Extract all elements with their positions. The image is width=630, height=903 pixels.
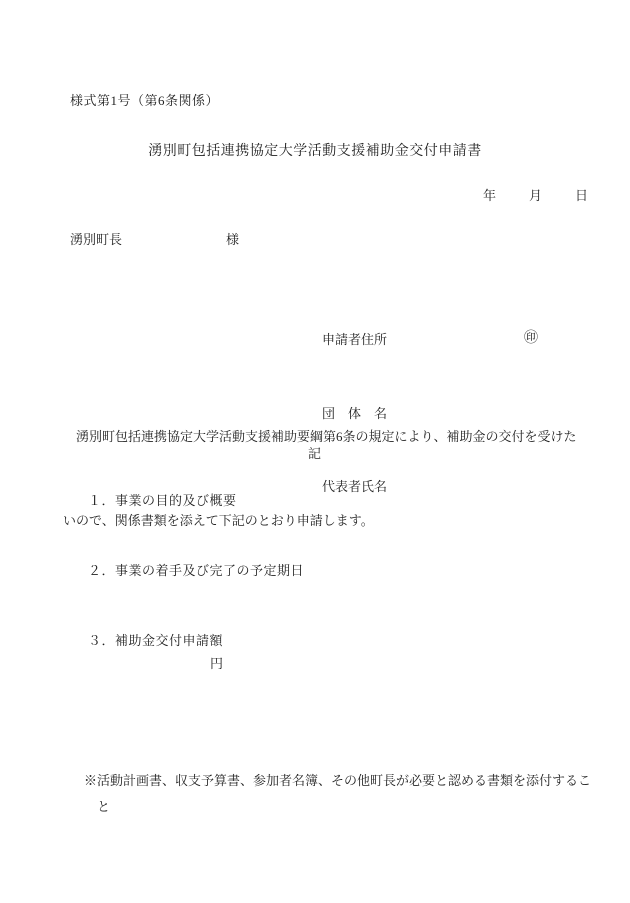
applicant-address-label: 申請者住所: [322, 328, 387, 353]
footnote: ※活動計画書、収支予算書、参加者名簿、その他町長が必要と認める書類を添付するこ …: [84, 768, 604, 820]
notation-ki: 記: [0, 443, 630, 462]
date-line: 年 月 日: [483, 185, 588, 204]
footnote-line: と: [84, 794, 604, 820]
month-label: 月: [529, 185, 542, 204]
body-paragraph: 湧別町包括連携協定大学活動支援補助要綱第6条の規定により、補助金の交付を受けた …: [63, 367, 578, 591]
form-number: 様式第1号（第6条関係）: [70, 90, 219, 109]
seal-mark-icon: ㊞: [524, 327, 538, 347]
footnote-line: ※活動計画書、収支予算書、参加者名簿、その他町長が必要と認める書類を添付するこ: [84, 768, 604, 794]
list-item-schedule: ２．事業の着手及び完了の予定期日: [88, 560, 304, 579]
list-item-purpose: １．事業の目的及び概要: [88, 490, 237, 509]
addressee-name: 湧別町長: [70, 232, 122, 247]
body-line: いので、関係書類を添えて下記のとおり申請します。: [63, 507, 578, 535]
document-page: 様式第1号（第6条関係） 湧別町包括連携協定大学活動支援補助金交付申請書 年 月…: [0, 0, 630, 903]
list-item-amount: ３．補助金交付申請額: [88, 630, 223, 649]
addressee-honorific: 様: [226, 232, 239, 247]
addressee-line: 湧別町長様: [70, 229, 239, 248]
year-label: 年: [483, 185, 496, 204]
page-title: 湧別町包括連携協定大学活動支援補助金交付申請書: [0, 140, 630, 160]
amount-unit-yen: 円: [210, 653, 223, 672]
day-label: 日: [575, 185, 588, 204]
